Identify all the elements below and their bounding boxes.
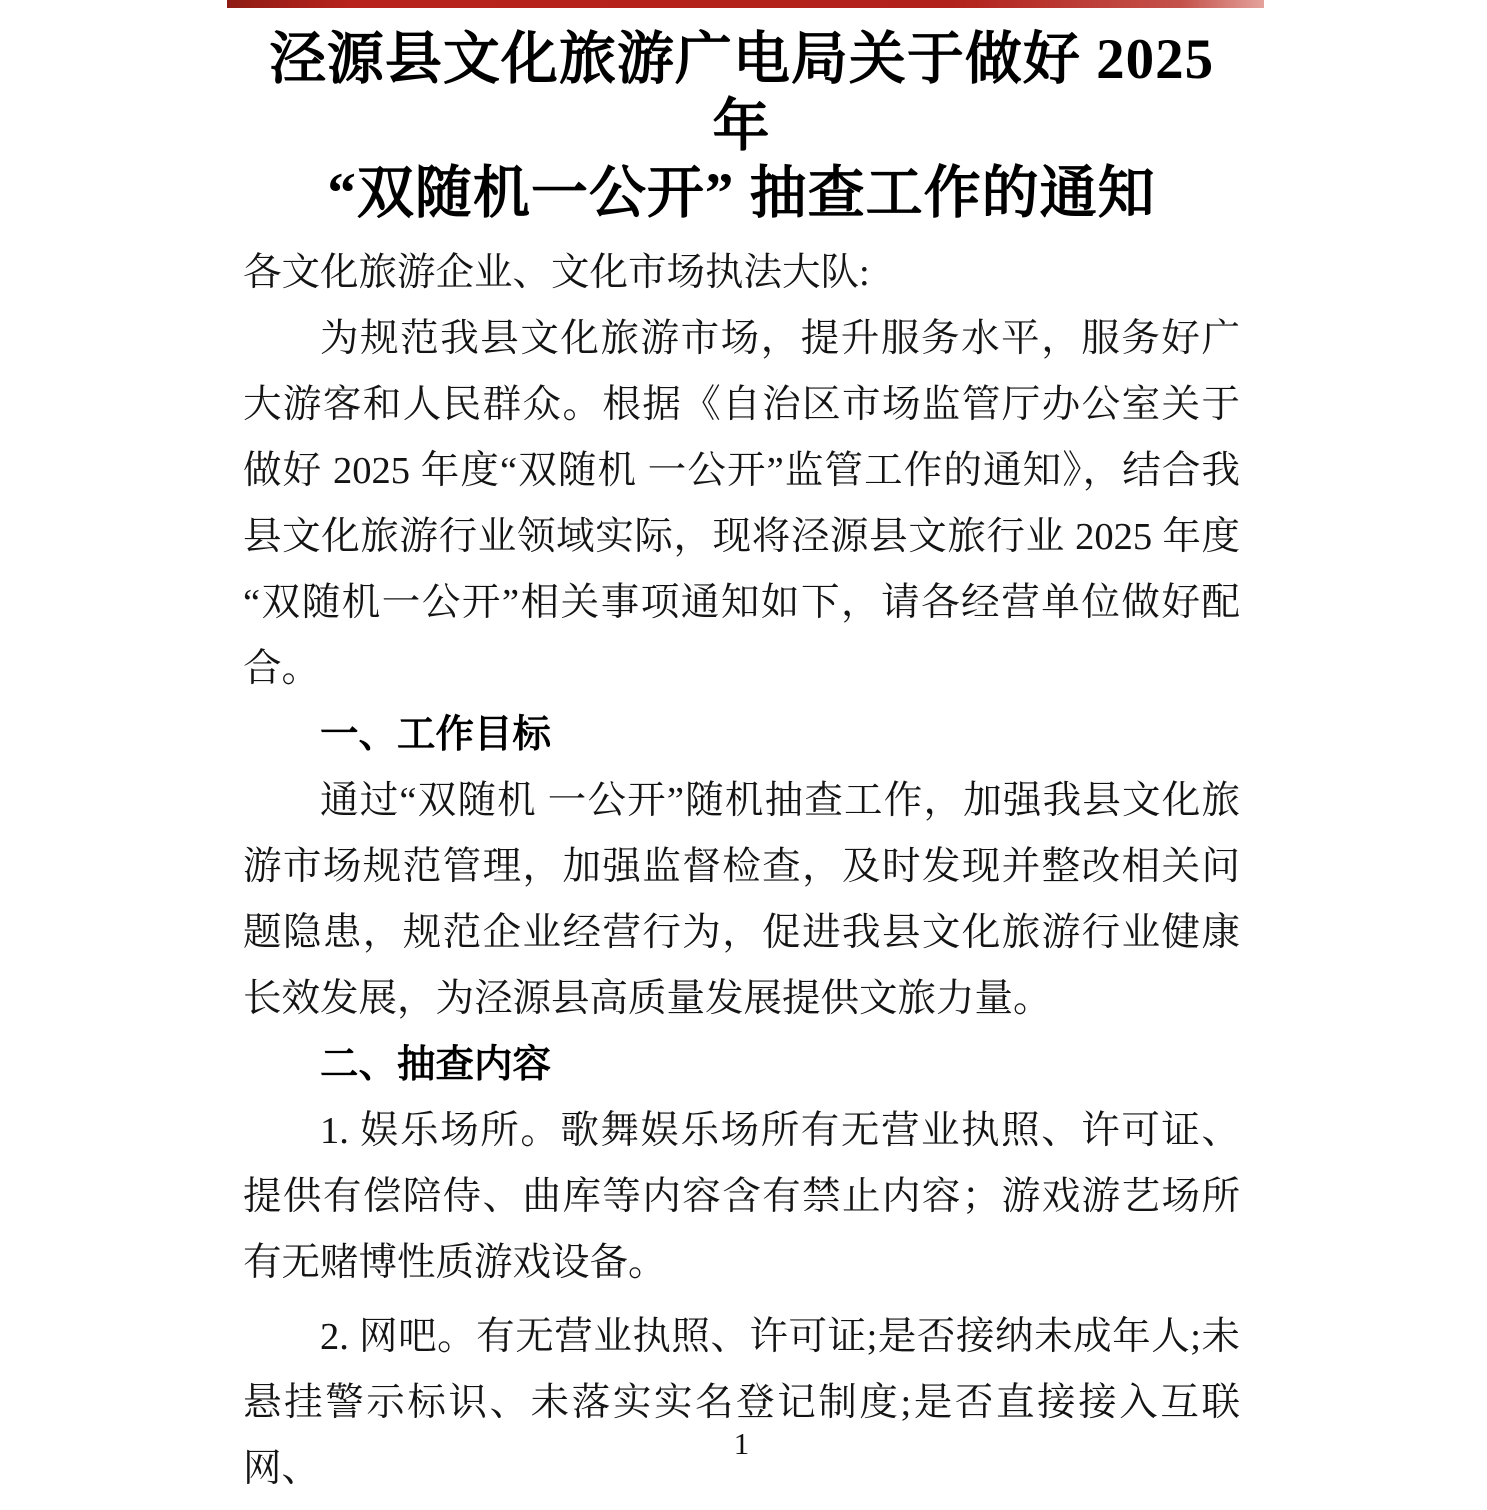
- heading-inspection-content: 二、抽查内容: [243, 1032, 1240, 1098]
- salutation: 各文化旅游企业、文化市场执法大队:: [243, 240, 1240, 306]
- document-title: 泾源县文化旅游广电局关于做好 2025 年 “双随机一公开” 抽查工作的通知: [243, 26, 1240, 227]
- document-page: 泾源县文化旅游广电局关于做好 2025 年 “双随机一公开” 抽查工作的通知 各…: [0, 0, 1487, 1510]
- document-title-line1: 泾源县文化旅游广电局关于做好 2025 年: [243, 26, 1240, 160]
- letterhead-red-rule: [227, 0, 1264, 8]
- document-title-line2: “双随机一公开” 抽查工作的通知: [243, 160, 1240, 227]
- item-entertainment-venues: 1. 娱乐场所。歌舞娱乐场所有无营业执照、许可证、提供有偿陪侍、曲库等内容含有禁…: [243, 1098, 1240, 1296]
- page-number: 1: [243, 1424, 1240, 1464]
- paragraph-work-goals: 通过“双随机 一公开”随机抽查工作，加强我县文化旅游市场规范管理，加强监督检查，…: [243, 768, 1240, 1032]
- item-internet-cafes: 2. 网吧。有无营业执照、许可证;是否接纳未成年人;未悬挂警示标识、未落实实名登…: [243, 1304, 1240, 1502]
- heading-work-goals: 一、工作目标: [243, 702, 1240, 768]
- document-body: 各文化旅游企业、文化市场执法大队: 为规范我县文化旅游市场，提升服务水平，服务好…: [243, 240, 1240, 1502]
- paragraph-opening: 为规范我县文化旅游市场，提升服务水平，服务好广大游客和人民群众。根据《自治区市场…: [243, 306, 1240, 702]
